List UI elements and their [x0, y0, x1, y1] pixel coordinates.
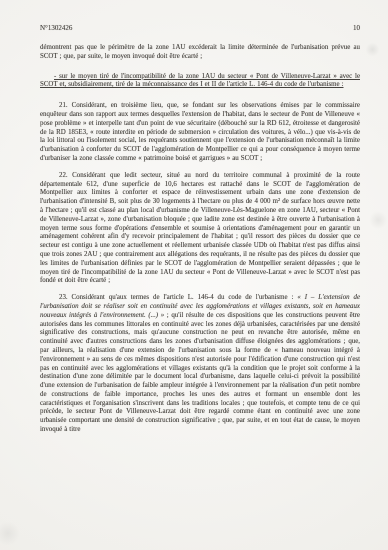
paragraph-23-intro: 23. Considérant qu'aux termes de l'artic…	[59, 294, 297, 301]
paragraph-21: 21. Considérant, en troisième lieu, que,…	[40, 102, 360, 164]
page-header: N°1302426 10	[40, 24, 360, 33]
paragraph-23: 23. Considérant qu'aux termes de l'artic…	[40, 294, 360, 435]
paragraph-23-rest: ; qu'il résulte de ces dispositions que …	[40, 312, 360, 433]
page-number: 10	[353, 24, 360, 33]
section-heading: - sur le moyen tiré de l'incompatibilité…	[40, 73, 360, 91]
case-number: N°1302426	[40, 24, 72, 33]
document-page: N°1302426 10 démontrent pas que le périm…	[0, 0, 388, 550]
paragraph-22: 22. Considérant que ledit secteur, situé…	[40, 172, 360, 286]
paragraph-continuation: démontrent pas que le périmètre de la zo…	[40, 44, 360, 62]
